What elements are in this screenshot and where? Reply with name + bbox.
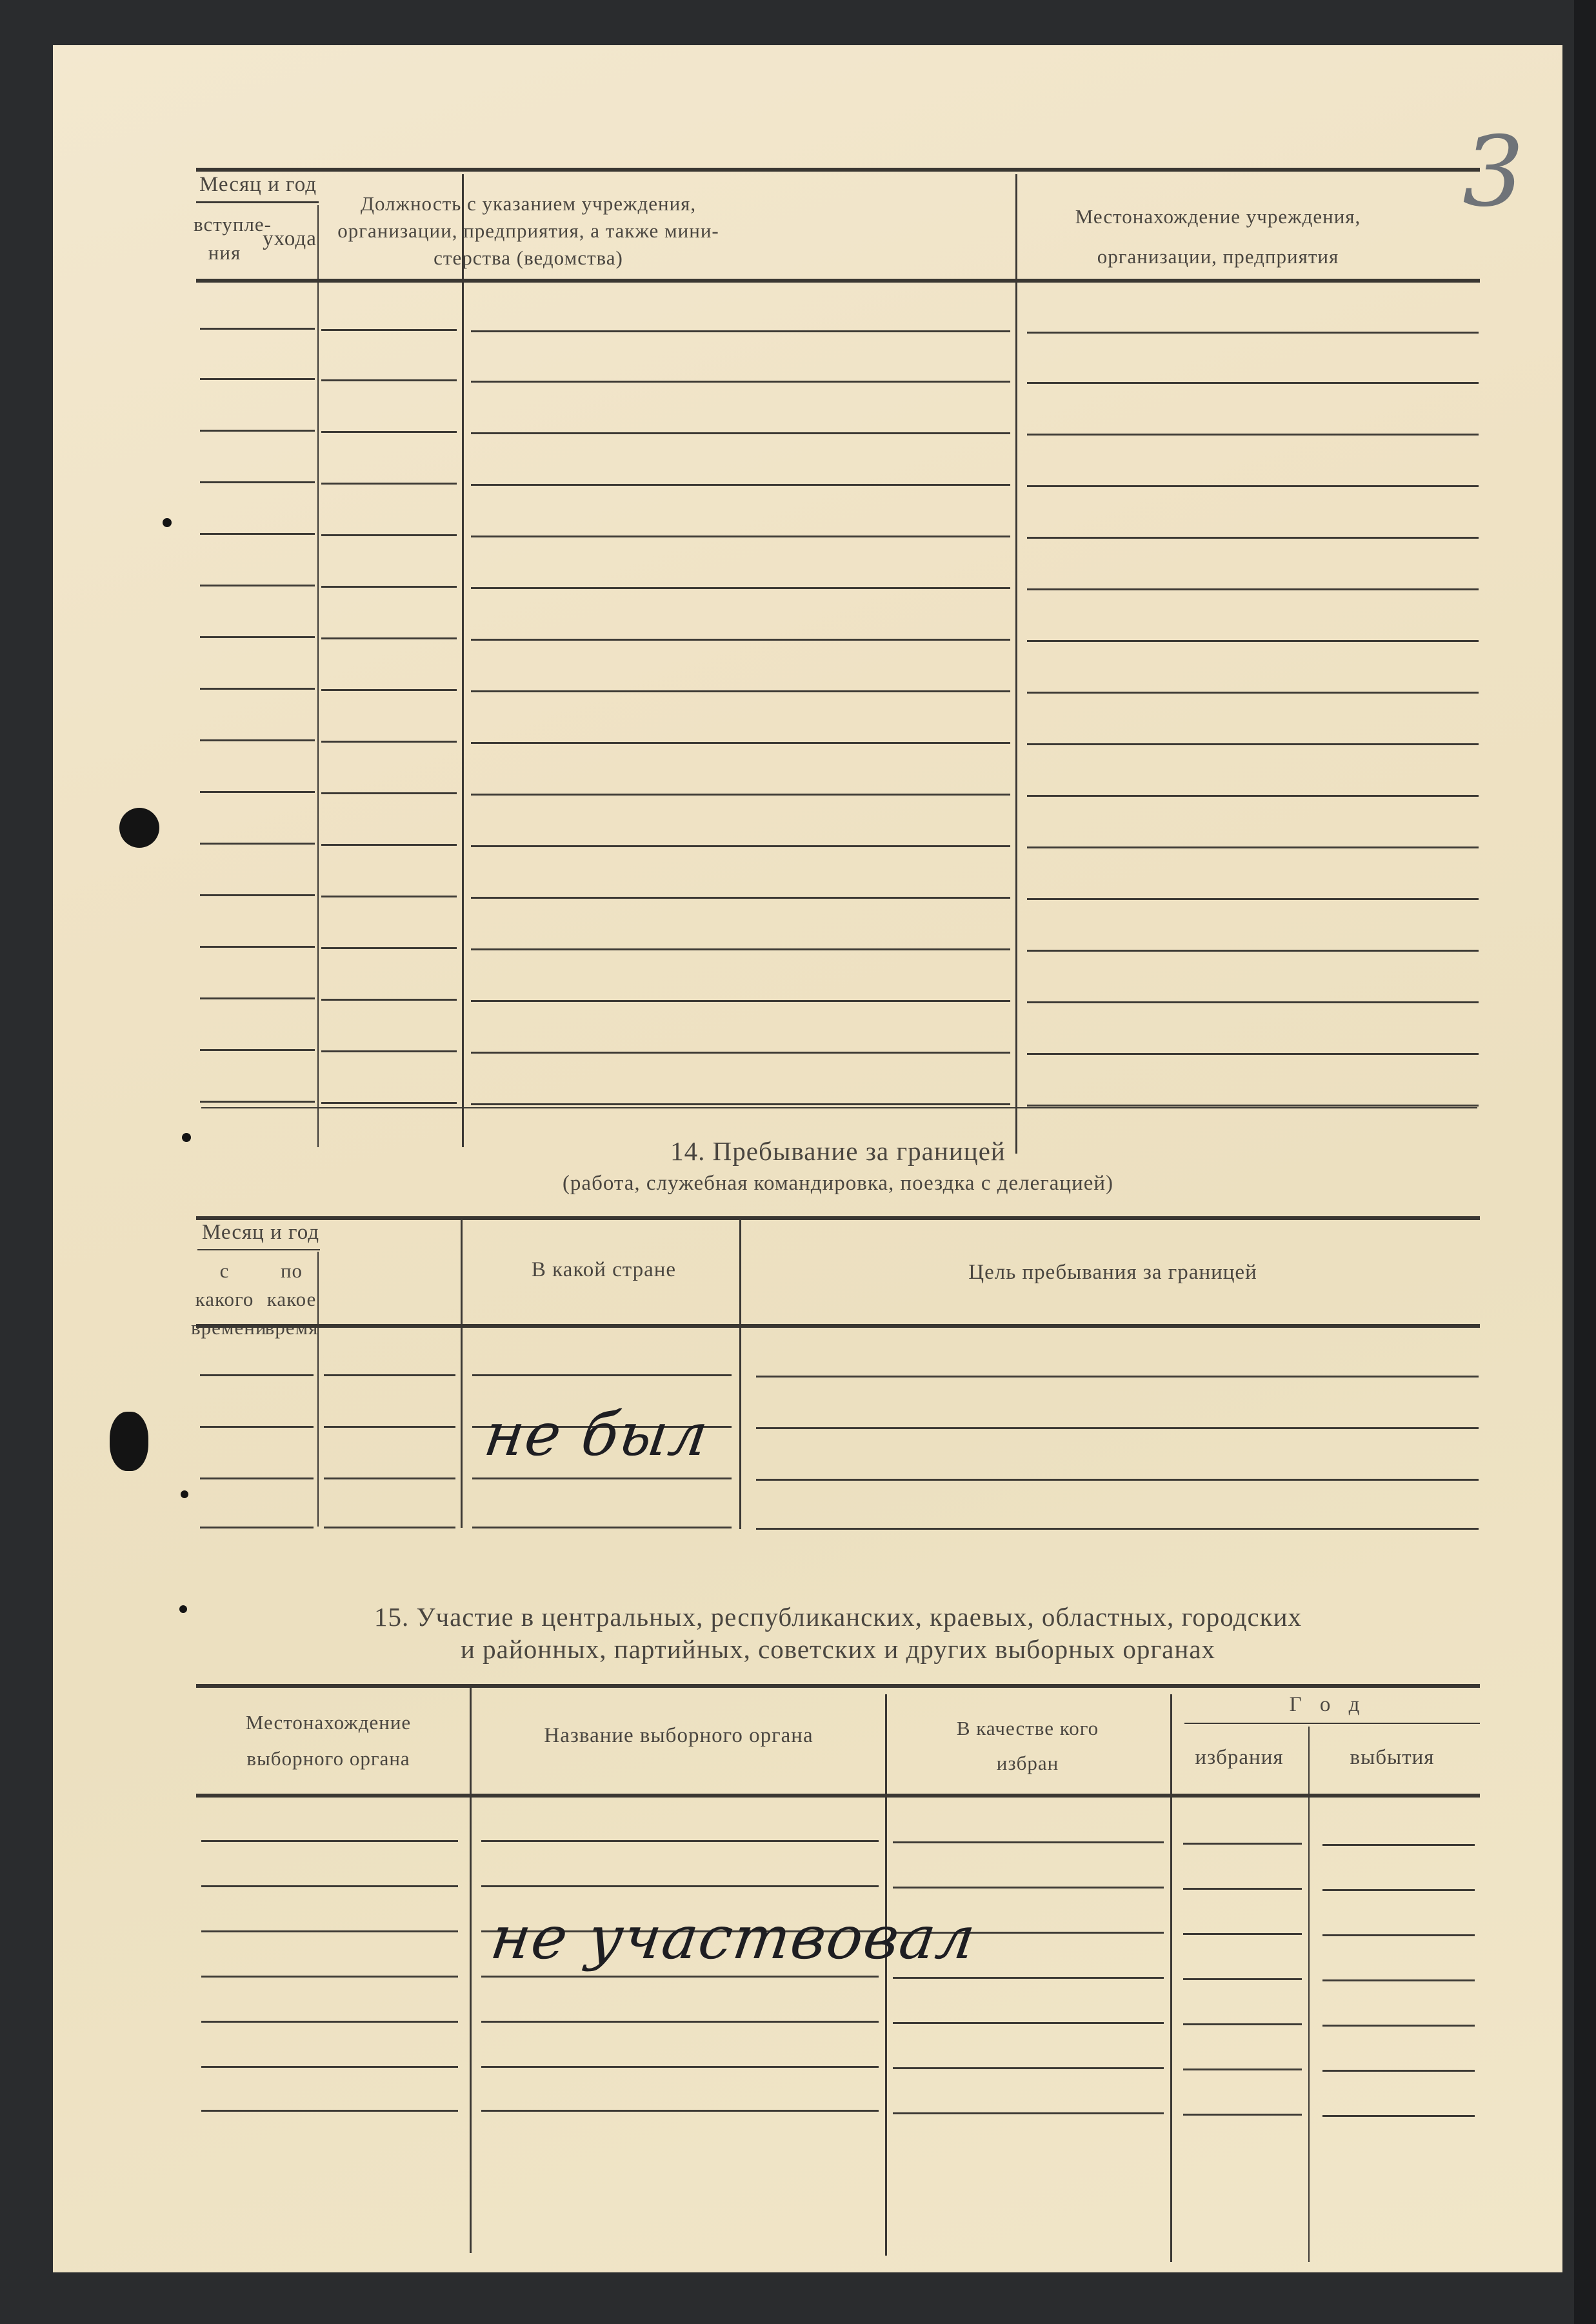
row-rule: [471, 587, 1010, 589]
row-rule: [471, 742, 1010, 744]
row-rule: [200, 328, 315, 330]
tear-mark: [181, 1490, 188, 1498]
row-rule: [201, 2021, 458, 2023]
row-rule: [200, 1478, 314, 1479]
row-rule: [200, 481, 315, 483]
row-rule: [1027, 692, 1479, 694]
header-month-year: Месяц и год: [196, 172, 320, 197]
header-leave: ухода: [254, 226, 325, 252]
tear-mark: [179, 1605, 187, 1613]
row-rule: [321, 379, 457, 381]
row-rule: [471, 1103, 1010, 1105]
s15-header-as-whom-text: В качестве кого избран: [885, 1711, 1170, 1781]
page-number: 3: [1462, 116, 1524, 228]
row-rule: [1322, 1844, 1475, 1846]
row-rule: [324, 1426, 455, 1428]
row-rule: [201, 1885, 458, 1887]
s15-header-elected: избрания: [1175, 1745, 1303, 1770]
row-rule: [756, 1376, 1479, 1377]
row-rule: [321, 534, 457, 536]
row-rule: [1183, 1888, 1302, 1890]
header-location: Местонахождение учреждения, организации,…: [1018, 197, 1418, 277]
row-rule: [321, 999, 457, 1001]
row-rule: [1027, 434, 1479, 436]
row-rule: [1027, 332, 1479, 334]
row-rule: [1183, 1933, 1302, 1935]
header-location-text: Местонахождение учреждения, организации,…: [1018, 197, 1418, 277]
row-rule: [200, 997, 315, 999]
row-rule: [756, 1427, 1479, 1429]
s15-header-location: Местонахождение выборного органа: [196, 1705, 461, 1777]
section14-subtitle: (работа, служебная командировка, поездка…: [196, 1172, 1480, 1196]
s14-header-bottom-rule: [196, 1324, 1480, 1328]
punch-hole: [119, 808, 159, 848]
s14-header-to: по какое время: [258, 1257, 325, 1342]
col-divider: [1015, 174, 1017, 1154]
row-rule: [321, 947, 457, 949]
form-page: 3 Месяц и год вступле- ния ухода Должнос…: [53, 45, 1562, 2272]
row-rule: [1027, 588, 1479, 590]
s14-col-divider: [461, 1219, 463, 1528]
section14-title: 14. Пребывание за границей: [196, 1136, 1480, 1167]
s14-header-from-text: с какого времени: [191, 1257, 258, 1342]
row-rule: [201, 1976, 458, 1978]
header-position-text: Должность с указанием учреждения, органи…: [325, 190, 732, 272]
row-rule: [200, 1049, 315, 1051]
s15-header-name: Название выборного органа: [472, 1723, 885, 1748]
row-rule: [481, 2021, 879, 2023]
col-divider: [317, 205, 319, 1147]
s15-header-location-text: Местонахождение выборного органа: [196, 1705, 461, 1777]
s15-col-divider: [885, 1694, 887, 2256]
row-rule: [471, 1000, 1010, 1002]
row-rule: [200, 843, 315, 845]
row-rule: [200, 1426, 314, 1428]
row-rule: [471, 1052, 1010, 1054]
row-rule: [201, 2110, 458, 2112]
row-rule: [321, 586, 457, 588]
row-rule: [321, 896, 457, 897]
s14-header-purpose: Цель пребывания за границей: [746, 1259, 1480, 1285]
row-rule: [1027, 382, 1479, 384]
row-rule: [1027, 743, 1479, 745]
row-rule: [321, 329, 457, 331]
row-rule: [321, 741, 457, 743]
s14-header-country: В какой стране: [462, 1257, 746, 1283]
row-rule: [471, 432, 1010, 434]
s14-header-to-text: по какое время: [258, 1257, 325, 1342]
row-rule: [1027, 640, 1479, 642]
row-rule: [893, 1887, 1164, 1888]
row-rule: [756, 1479, 1479, 1481]
header-bottom-rule: [196, 279, 1480, 283]
row-rule: [201, 1930, 458, 1932]
row-rule: [1183, 2069, 1302, 2070]
row-rule: [200, 1527, 314, 1528]
header-position: Должность с указанием учреждения, органи…: [325, 190, 732, 272]
row-rule: [200, 1101, 315, 1103]
row-rule: [1027, 537, 1479, 539]
row-rule: [200, 894, 315, 896]
row-rule: [1322, 1934, 1475, 1936]
s15-header-left: выбытия: [1304, 1745, 1480, 1770]
punch-hole: [110, 1412, 148, 1471]
row-rule: [471, 536, 1010, 537]
row-rule: [1183, 1843, 1302, 1845]
row-rule: [321, 792, 457, 794]
row-rule: [200, 739, 315, 741]
row-rule: [321, 637, 457, 639]
row-rule: [324, 1374, 455, 1376]
row-rule: [200, 585, 315, 586]
section15-title-line2: и районных, партийных, советских и други…: [196, 1634, 1480, 1665]
row-rule: [200, 791, 315, 793]
row-rule: [481, 1976, 879, 1978]
row-rule: [1027, 485, 1479, 487]
row-rule: [481, 1840, 879, 1842]
row-rule: [1027, 1001, 1479, 1003]
row-rule: [472, 1374, 732, 1376]
s15-header-as-whom: В качестве кого избран: [885, 1711, 1170, 1781]
row-rule: [1027, 1105, 1479, 1107]
month-year-rule: [196, 201, 319, 203]
row-rule: [471, 330, 1010, 332]
row-rule: [471, 845, 1010, 847]
section15-title-line1: 15. Участие в центральных, республиканск…: [196, 1601, 1480, 1632]
row-rule: [1322, 1889, 1475, 1891]
row-rule: [200, 378, 315, 380]
row-rule: [893, 2067, 1164, 2069]
s15-header-year: Г о д: [1175, 1692, 1480, 1718]
row-rule: [1322, 1979, 1475, 1981]
row-rule: [200, 1374, 314, 1376]
row-rule: [471, 794, 1010, 796]
row-rule: [324, 1527, 455, 1528]
s15-col-divider: [1170, 1694, 1172, 2262]
s15-year-rule: [1184, 1723, 1480, 1724]
row-rule: [1027, 898, 1479, 900]
tear-mark: [182, 1133, 191, 1142]
row-rule: [472, 1527, 732, 1528]
row-rule: [893, 2022, 1164, 2024]
row-rule: [200, 636, 315, 638]
row-rule: [1183, 1978, 1302, 1980]
tear-mark: [163, 518, 172, 527]
row-rule: [893, 2112, 1164, 2114]
row-rule: [893, 1977, 1164, 1979]
s14-header-month-year: Месяц и год: [196, 1219, 325, 1245]
row-rule: [321, 844, 457, 846]
row-rule: [471, 897, 1010, 899]
row-rule: [324, 1478, 455, 1479]
s15-col-divider: [1308, 1727, 1310, 2262]
s14-col-divider: [317, 1252, 319, 1527]
row-rule: [1183, 2023, 1302, 2025]
section14-top-rule: [196, 1216, 1480, 1220]
row-rule: [893, 1841, 1164, 1843]
handwritten-not-participated: не участвовал: [486, 1903, 980, 1972]
row-rule: [200, 688, 315, 690]
row-rule: [321, 1102, 457, 1104]
row-rule: [756, 1528, 1479, 1530]
row-rule: [321, 431, 457, 433]
s14-header-from: с какого времени: [191, 1257, 258, 1342]
col-divider: [462, 174, 464, 1147]
s14-month-year-rule: [197, 1249, 320, 1250]
row-rule: [1027, 795, 1479, 797]
row-rule: [1027, 1053, 1479, 1055]
row-rule: [321, 689, 457, 691]
row-rule: [1322, 2115, 1475, 2117]
row-rule: [1027, 950, 1479, 952]
row-rule: [1027, 846, 1479, 848]
row-rule: [481, 2110, 879, 2112]
row-rule: [1183, 2114, 1302, 2116]
header-entry: вступле- ния: [194, 210, 255, 267]
binder-spine: [1574, 0, 1596, 2324]
row-rule: [481, 1885, 879, 1887]
s15-header-bottom-rule: [196, 1794, 1480, 1798]
table-top-rule: [196, 168, 1480, 172]
row-rule: [1322, 2025, 1475, 2027]
header-entry-text: вступле- ния: [194, 210, 255, 267]
table-bottom-rule: [201, 1107, 1477, 1108]
row-rule: [471, 948, 1010, 950]
section15-top-rule: [196, 1684, 1480, 1688]
row-rule: [200, 430, 315, 432]
row-rule: [321, 1050, 457, 1052]
row-rule: [471, 381, 1010, 383]
row-rule: [200, 533, 315, 535]
s15-col-divider: [470, 1688, 472, 2253]
handwritten-not-abroad: не был: [480, 1400, 713, 1469]
row-rule: [481, 2066, 879, 2068]
row-rule: [471, 639, 1010, 641]
row-rule: [200, 946, 315, 948]
row-rule: [471, 690, 1010, 692]
row-rule: [472, 1478, 732, 1479]
s14-col-divider: [739, 1219, 741, 1529]
row-rule: [321, 483, 457, 485]
row-rule: [1322, 2070, 1475, 2072]
row-rule: [471, 484, 1010, 486]
row-rule: [201, 2066, 458, 2068]
row-rule: [201, 1840, 458, 1842]
